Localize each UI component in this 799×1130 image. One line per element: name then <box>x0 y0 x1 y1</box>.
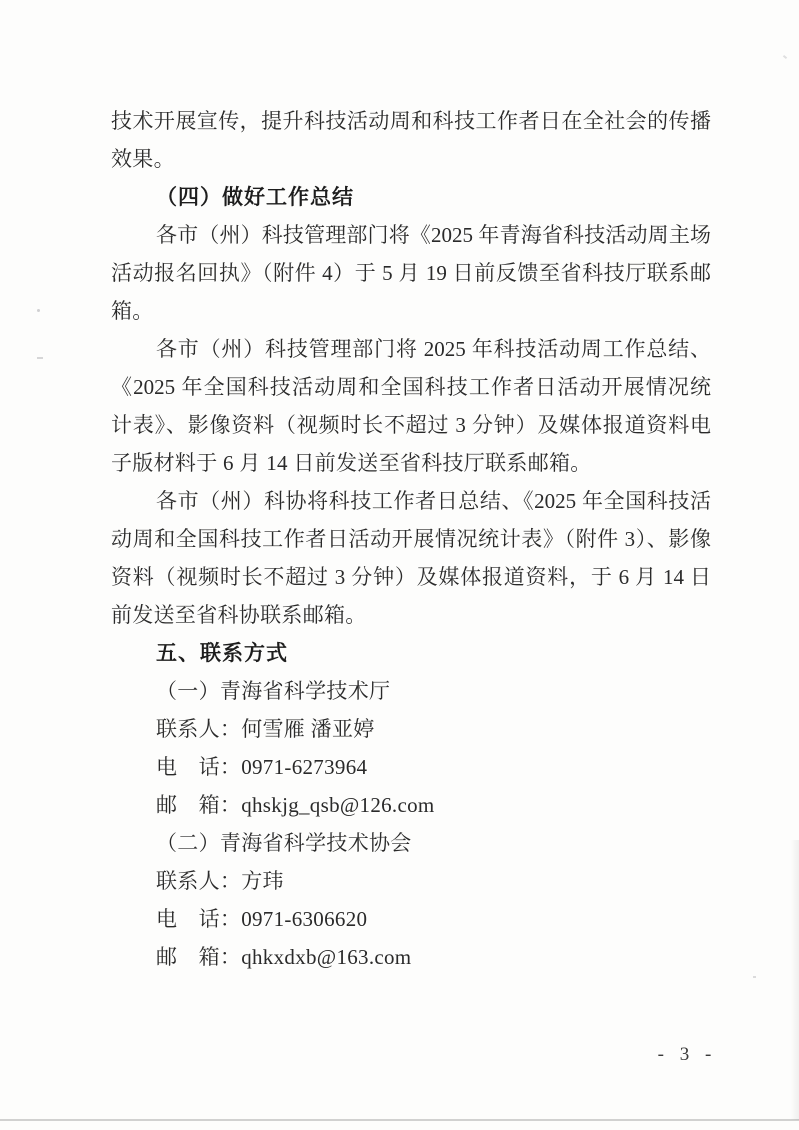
text-line: 电 话：0971-6273964 <box>111 748 711 786</box>
text-line: 前发送至省科协联系邮箱。 <box>111 596 711 634</box>
scan-bottom-edge <box>0 1119 799 1121</box>
text-line: 活动报名回执》（附件 4）于 5 月 19 日前反馈至省科技厅联系邮 <box>111 254 711 292</box>
text-line: 邮 箱：qhskjg_qsb@126.com <box>111 786 711 824</box>
text-line: 效果。 <box>111 140 711 178</box>
text-line: 各市（州）科技管理部门将 2025 年科技活动周工作总结、 <box>111 330 711 368</box>
text-line: 邮 箱：qhkxdxb@163.com <box>111 938 711 976</box>
text-line: 联系人：方玮 <box>111 862 711 900</box>
section-heading-line: （四）做好工作总结 <box>111 178 711 216</box>
text-line: 资料（视频时长不超过 3 分钟）及媒体报道资料，于 6 月 14 日 <box>111 558 711 596</box>
text-line: （一）青海省科学技术厅 <box>111 672 711 710</box>
section-heading-line: 五、联系方式 <box>111 634 711 672</box>
scan-right-edge <box>790 840 799 1120</box>
text-line: 联系人：何雪雁 潘亚婷 <box>111 710 711 748</box>
text-line: 各市（州）科技管理部门将《2025 年青海省科技活动周主场 <box>111 216 711 254</box>
text-line: 动周和全国科技工作者日活动开展情况统计表》（附件 3）、影像 <box>111 520 711 558</box>
scan-speck <box>37 309 40 312</box>
scanned-document-page: 技术开展宣传，提升科技活动周和科技工作者日在全社会的传播效果。（四）做好工作总结… <box>0 0 799 1130</box>
text-line: （二）青海省科学技术协会 <box>111 824 711 862</box>
text-line: 电 话：0971-6306620 <box>111 900 711 938</box>
text-line: 各市（州）科协将科技工作者日总结、《2025 年全国科技活 <box>111 482 711 520</box>
text-line: 计表》、影像资料（视频时长不超过 3 分钟）及媒体报道资料电 <box>111 406 711 444</box>
scan-speck <box>37 357 43 359</box>
text-line: 《2025 年全国科技活动周和全国科技工作者日活动开展情况统 <box>111 368 711 406</box>
document-text-block: 技术开展宣传，提升科技活动周和科技工作者日在全社会的传播效果。（四）做好工作总结… <box>111 102 711 976</box>
text-line: 技术开展宣传，提升科技活动周和科技工作者日在全社会的传播 <box>111 102 711 140</box>
scan-speck <box>753 976 756 978</box>
scan-speck <box>783 55 787 59</box>
text-line: 子版材料于 6 月 14 日前发送至省科技厅联系邮箱。 <box>111 444 711 482</box>
page-number: - 3 - <box>630 1040 740 1070</box>
text-line: 箱。 <box>111 292 711 330</box>
